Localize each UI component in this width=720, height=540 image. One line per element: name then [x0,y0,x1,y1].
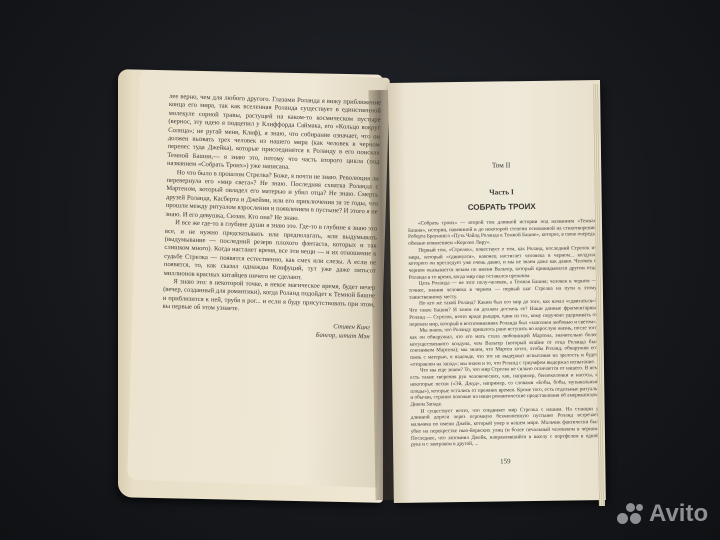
paragraph: Но кто же такой Роланд? Каким был его ми… [409,299,597,328]
part-heading: Часть I [407,186,595,198]
avito-dots-logo-icon [617,503,645,525]
paragraph: Мы знаем, что Роланду пришлось рано всту… [409,325,598,368]
left-page: лее верно, чем для любого другого. Глаза… [127,70,390,488]
avito-brand-text: Avito [649,500,708,528]
paragraph: «Собрать троих» — второй том длинной ист… [408,218,596,247]
paragraph: лее верно, чем для любого другого. Глаза… [167,93,381,175]
paragraph: Первый том, «Стрелок», повествует о том,… [408,245,596,281]
signature-author: Стивен Кинг [333,323,370,333]
open-book: лее верно, чем для любого другого. Глаза… [0,0,720,540]
chapter-title: СОБРАТЬ ТРОИХ [408,201,596,213]
paragraph: Цель Роланда — не этот полу-человек, а Т… [409,278,597,301]
right-page-text: «Собрать троих» — второй том длинной ист… [408,218,599,449]
paragraph: Что мы еще знаем? То, что мир Стрелка не… [410,366,599,409]
left-page-text: лее верно, чем для любого другого. Глаза… [162,93,382,344]
paragraph: И существует нечто, что соединяет мир Ст… [411,406,600,449]
right-page: Том II Часть I СОБРАТЬ ТРОИХ «Собрать тр… [388,80,606,503]
avito-watermark: Avito [617,500,708,528]
paragraph: Но что было в прошлом Стрелка? Боже, я п… [165,169,378,226]
signature-place: Бангор, штат Мэн [315,331,369,341]
page-number: 159 [411,456,599,467]
volume-heading: Том II [407,160,595,171]
paragraph: И все же где-то в глубине души я знаю эт… [163,219,377,284]
